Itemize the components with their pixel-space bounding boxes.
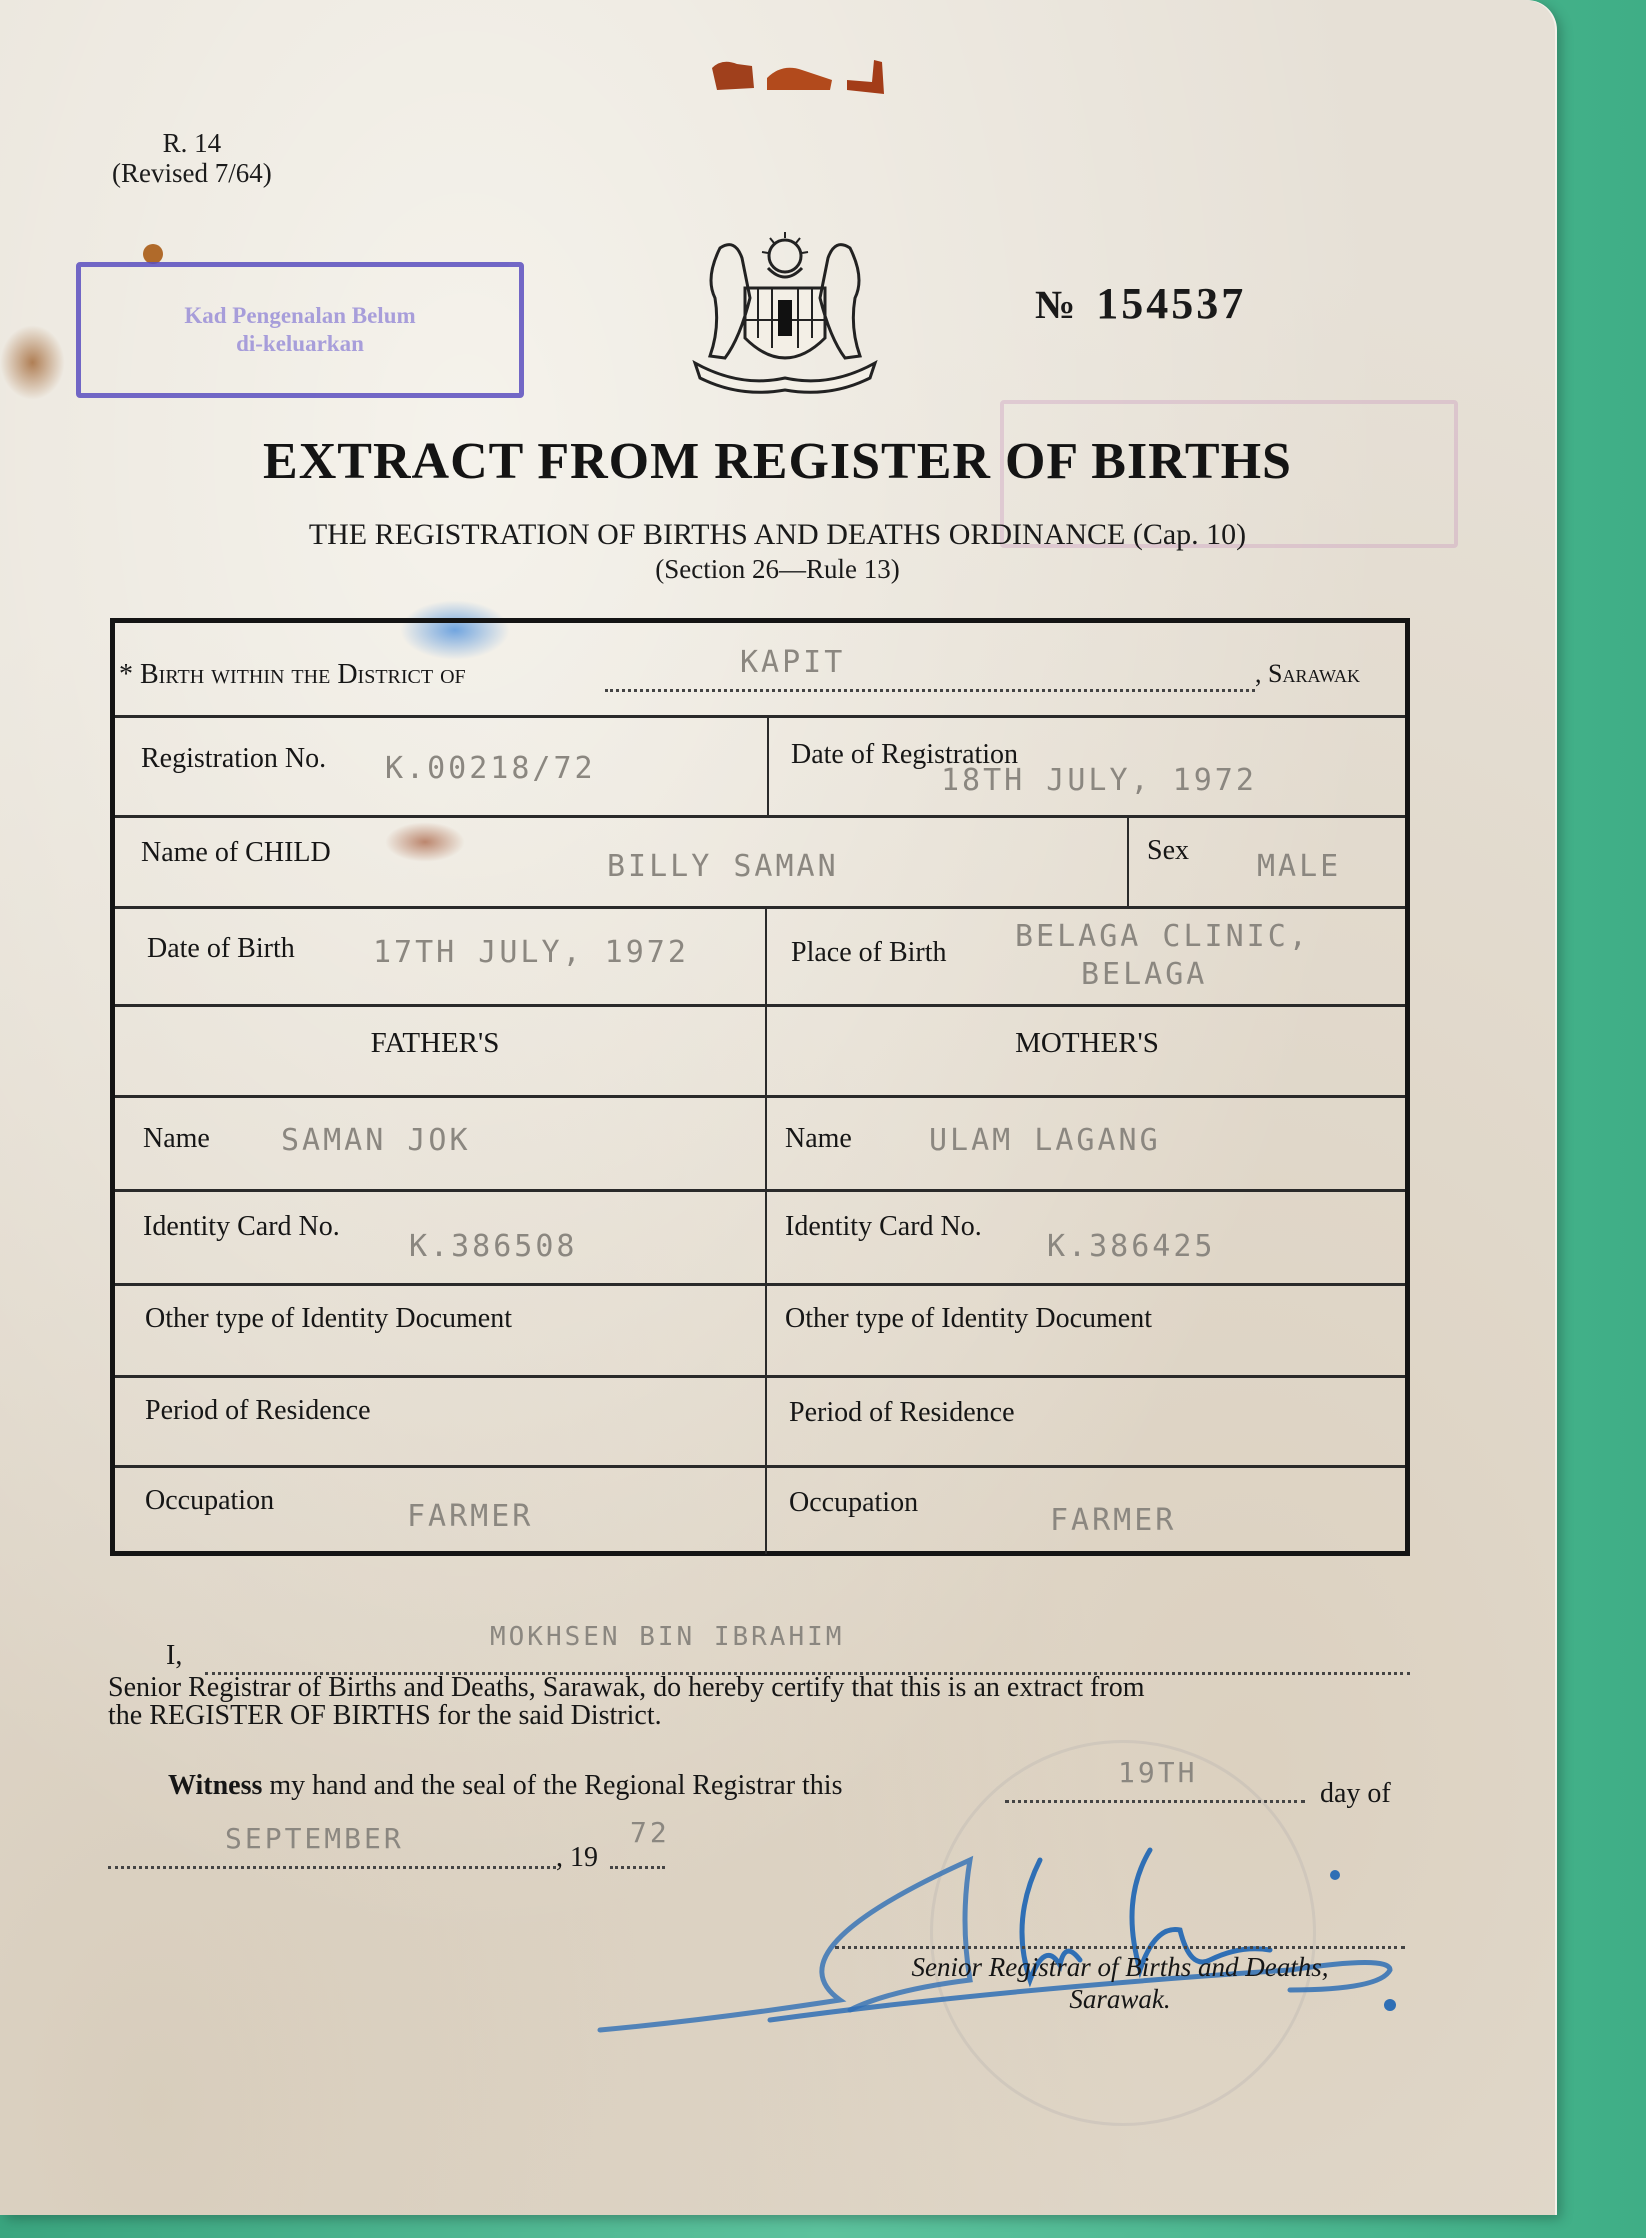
father-residence-label: Period of Residence [145,1395,371,1427]
malaysia-coat-of-arms-icon [680,228,890,398]
mother-ic-value: K.386425 [1047,1229,1216,1264]
stamp-line-1: Kad Pengenalan Belum [81,302,519,330]
form-number: R. 14 [112,128,272,158]
row-divider [115,1283,1405,1286]
district-label: * Birth within the District of [119,659,466,691]
signature-line [835,1946,1405,1949]
district-value: KAPIT [740,645,845,680]
signatory-title: Senior Registrar of Births and Deaths, [840,1952,1400,1983]
place-of-birth-label: Place of Birth [791,937,947,969]
date-of-birth-value: 17TH JULY, 1972 [373,935,689,970]
father-occupation-value: FARMER [407,1499,533,1534]
registrar-name-value: MOKHSEN BIN IBRAHIM [490,1622,844,1652]
stamp-line-2: di-keluarkan [81,330,519,358]
father-occupation-label: Occupation [145,1485,274,1517]
witness-bold: Witness [168,1770,262,1801]
column-divider [767,715,769,815]
mother-occupation-value: FARMER [1050,1503,1176,1538]
witness-text: my hand and the seal of the Regional Reg… [262,1770,842,1801]
row-divider [115,1004,1405,1007]
day-of-label: day of [1320,1778,1391,1810]
mother-section-heading: MOTHER'S [767,1027,1407,1060]
dotted-fill-line [605,689,1255,692]
month-value: SEPTEMBER [225,1822,404,1855]
certification-line-2: the REGISTER OF BIRTHS for the said Dist… [108,1700,662,1732]
father-section-heading: FATHER'S [115,1027,755,1060]
mother-other-id-label: Other type of Identity Document [785,1303,1152,1335]
stain [143,244,163,264]
father-ic-label: Identity Card No. [143,1211,340,1243]
child-name-value: BILLY SAMAN [607,849,839,884]
row-divider [115,1465,1405,1468]
father-name-label: Name [143,1123,210,1155]
form-reference: R. 14 (Revised 7/64) [112,128,272,188]
signatory-state: Sarawak. [840,1984,1400,2015]
place-of-birth-line-1: BELAGA CLINIC, [1015,919,1310,954]
birth-certificate-page: R. 14 (Revised 7/64) Kad Pengenalan Belu… [0,0,1555,2215]
row-divider [115,715,1405,718]
dotted-fill-line [108,1866,556,1869]
father-other-id-label: Other type of Identity Document [145,1303,512,1335]
mother-residence-label: Period of Residence [789,1397,1015,1429]
ic-not-issued-stamp: Kad Pengenalan Belum di-keluarkan [76,262,524,398]
mother-name-value: ULAM LAGANG [929,1123,1161,1158]
document-section-reference: (Section 26—Rule 13) [0,554,1555,585]
sex-value: MALE [1257,849,1341,884]
serial-value: 154537 [1096,279,1246,328]
witness-statement: Witness my hand and the seal of the Regi… [168,1770,842,1802]
row-divider [115,1189,1405,1192]
stain [0,325,65,400]
row-divider [115,1095,1405,1098]
document-title: EXTRACT FROM REGISTER OF BIRTHS [0,432,1555,491]
place-of-birth-line-2: BELAGA [1081,957,1207,992]
row-divider [115,815,1405,818]
row-divider [115,1375,1405,1378]
column-divider [765,906,767,1554]
column-divider [1127,815,1129,906]
state-label: , Sarawak [1255,659,1360,689]
rust-stain [712,58,890,96]
child-name-label: Name of CHILD [141,837,331,869]
registration-no-value: K.00218/72 [385,751,596,786]
registration-no-label: Registration No. [141,743,326,775]
handwritten-signature-icon [590,1830,1420,2050]
mother-occupation-label: Occupation [789,1487,918,1519]
father-ic-value: K.386508 [409,1229,578,1264]
form-revision: (Revised 7/64) [112,158,272,188]
mother-name-label: Name [785,1123,852,1155]
row-divider [115,906,1405,909]
sex-label: Sex [1147,835,1189,867]
date-of-registration-value: 18TH JULY, 1972 [941,763,1257,798]
father-name-value: SAMAN JOK [281,1123,471,1158]
birth-register-table: * Birth within the District of KAPIT , S… [110,618,1410,1556]
date-of-birth-label: Date of Birth [147,933,295,965]
number-sign: № [1035,282,1078,327]
certification-prefix: I, [166,1640,182,1672]
mother-ic-label: Identity Card No. [785,1211,982,1243]
document-subtitle: THE REGISTRATION OF BIRTHS AND DEATHS OR… [0,518,1555,552]
certificate-serial-number: №154537 [1035,278,1246,329]
